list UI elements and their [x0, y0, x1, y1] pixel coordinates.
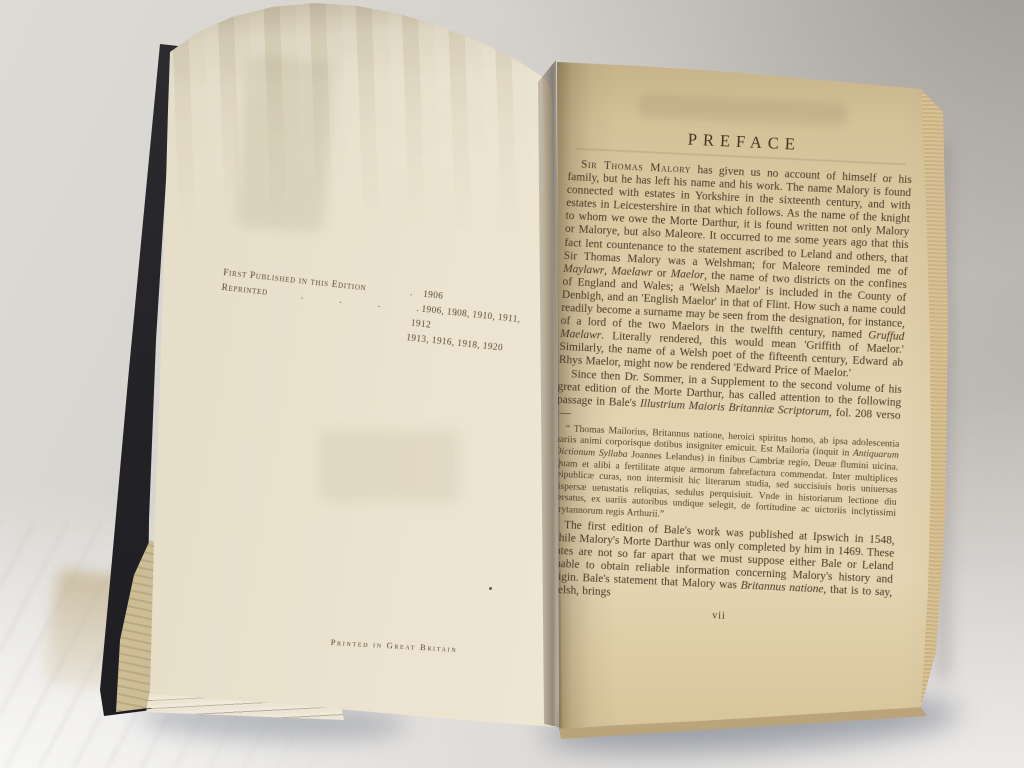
- heading-rule-showthrough: [575, 148, 907, 165]
- body-text: has given us no account of himself or hi…: [564, 164, 913, 278]
- italic-text: Gruffud Maelawr: [560, 328, 905, 343]
- body-text: Joannes Lelandus) in finibus Cambriæ reg…: [552, 449, 899, 520]
- preface-text-block: PREFACE Sir Thomas Malory has given us n…: [547, 124, 914, 630]
- printer-imprint: Printed in Great Britain: [330, 637, 457, 654]
- body-text: , that is to say, Welsh, brings: [548, 583, 893, 598]
- book-shadow-right: [934, 140, 950, 680]
- reprinted-line-3: 1913, 1916, 1918, 1920: [218, 311, 524, 359]
- body-text: , fol. 208 verso :—: [556, 406, 901, 421]
- smallcaps-text: Sir Thomas Malory: [581, 159, 692, 176]
- book-shadow: [539, 687, 961, 761]
- reprinted-label: Reprinted: [221, 283, 268, 298]
- reprint-years-3: 1913, 1916, 1918, 1920: [405, 331, 503, 356]
- preface-paragraph: “ Thomas Mailorius, Britannus natione, h…: [552, 423, 900, 532]
- page-number: vii: [547, 603, 891, 630]
- reprint-years-1: 1906, 1908, 1910, 1911,: [421, 303, 522, 329]
- preface-paragraphs: Sir Thomas Malory has given us no accoun…: [548, 158, 912, 613]
- show-through-header-ghost: [638, 93, 849, 127]
- preface-paragraph: Since then Dr. Sommer, in a Supplement t…: [556, 367, 902, 436]
- dot-leaders: . . . . .: [300, 290, 475, 324]
- edition-line: First Published in this Edition . 1906: [222, 266, 528, 314]
- body-text: “ Thomas Mailorius, Britannus natione, h…: [555, 423, 900, 459]
- edition-year: 1906: [422, 288, 444, 305]
- edition-label: First Published in this Edition: [223, 268, 367, 293]
- preface-paragraph: The first edition of Bale's work was pub…: [548, 518, 895, 613]
- body-text: or: [652, 267, 671, 280]
- publication-info-block: First Published in this Edition . 1906 R…: [218, 266, 529, 359]
- body-text: Since then Dr. Sommer, in a Supplement t…: [557, 368, 902, 409]
- preface-heading: PREFACE: [569, 124, 914, 160]
- italic-text: Maelor: [670, 268, 704, 282]
- edition-dot: .: [409, 286, 413, 301]
- preface-paragraph: Sir Thomas Malory has given us no accoun…: [559, 158, 912, 383]
- italic-text: Britannus natione: [740, 580, 823, 596]
- reprinted-line-2: 1912: [219, 296, 525, 344]
- italic-text: Maelawr: [611, 265, 653, 279]
- body-text: The first edition of Bale's work was pub…: [548, 519, 895, 592]
- body-text: . Literally rendered, this would mean 'G…: [559, 330, 904, 380]
- show-through-title-ghost: [236, 55, 334, 233]
- reprinted-line: Reprinted . . . . . 1906, 1908, 1910, 19…: [221, 281, 527, 329]
- paper-speck: [489, 587, 492, 590]
- body-text: ,: [604, 265, 612, 277]
- photo-of-open-book: First Published in this Edition . 1906 R…: [0, 0, 1024, 768]
- body-text: , the name of two districts on the confi…: [560, 269, 907, 341]
- italic-text: Antiquarum Dictionum Syllaba: [554, 446, 899, 462]
- show-through-text-ghost: [320, 430, 460, 502]
- italic-text: Illustrium Maioris Britanniæ Scriptorum: [640, 397, 830, 418]
- italic-text: Maylawr: [563, 263, 605, 277]
- reprint-years-2: 1912: [410, 317, 432, 334]
